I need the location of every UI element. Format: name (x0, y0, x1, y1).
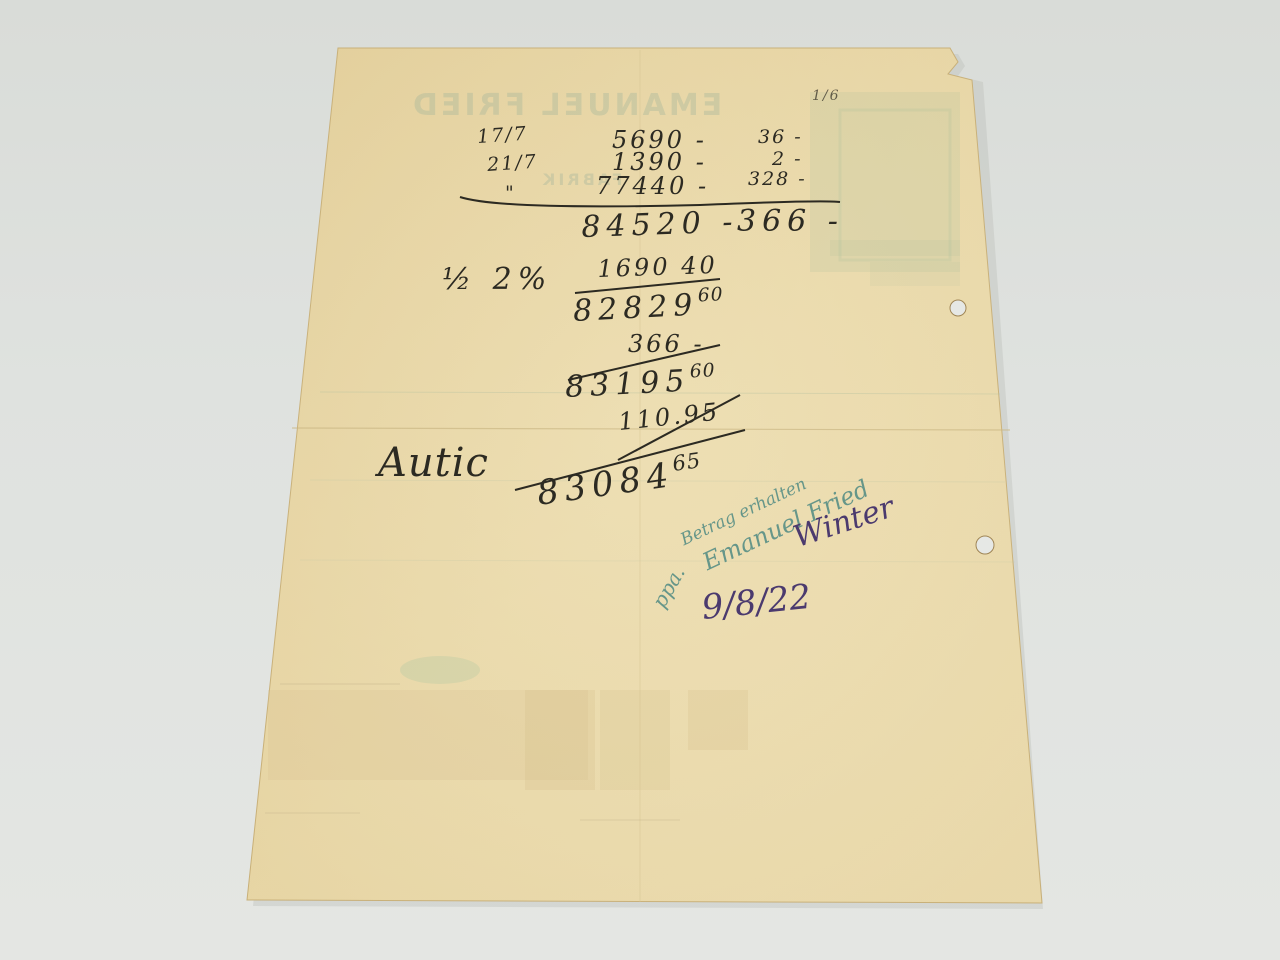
photo-scene: EMANUEL FRIED FABRIK 17/7 21/7 " 5690 - … (0, 0, 1280, 960)
signature-date: 9/8/22 (700, 577, 813, 628)
signature-block: Winter 9/8/22 (0, 0, 1280, 960)
signature-name: Winter (789, 490, 898, 555)
